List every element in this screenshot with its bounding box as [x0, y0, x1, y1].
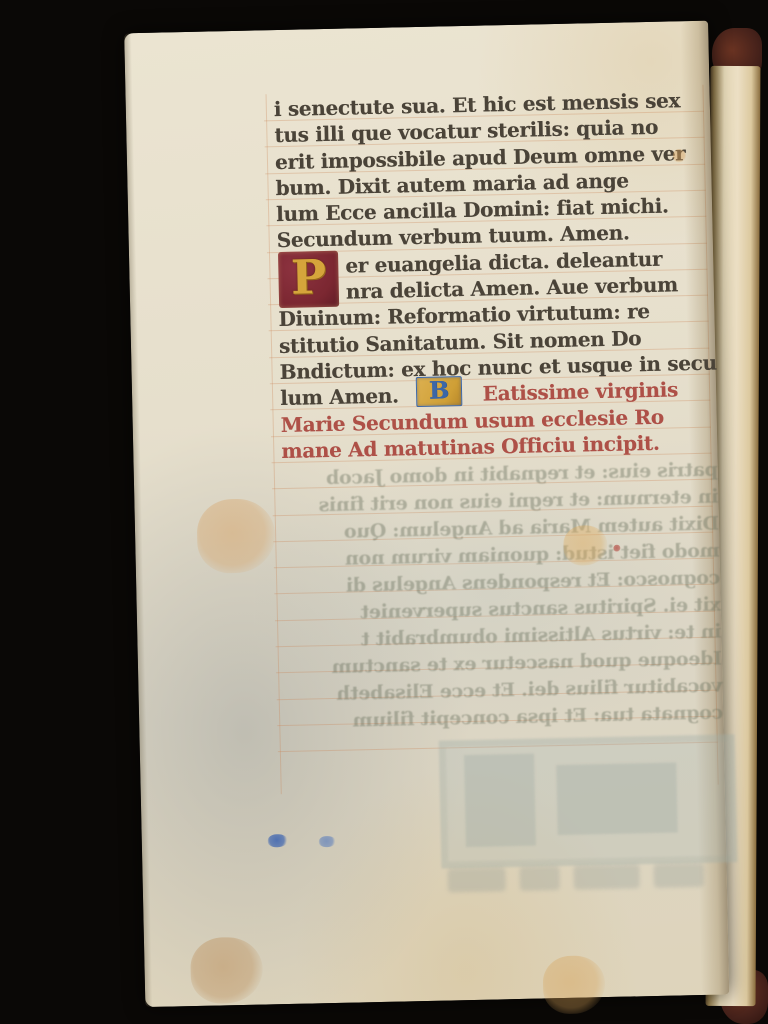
showthrough-letter-blob — [573, 864, 640, 889]
parchment-stains — [124, 21, 708, 34]
stain — [319, 836, 336, 847]
photo-backdrop: patris eius: et regnabit in domo Jacobin… — [0, 0, 768, 1024]
showthrough-shape — [464, 754, 536, 848]
stain — [268, 834, 288, 847]
showthrough-letter-blob — [447, 867, 506, 892]
recto-text-block: i senectute sua. Et hic est mensis sextu… — [274, 86, 724, 464]
illuminated-initial-p: P — [278, 251, 339, 308]
showthrough-letter-blob — [653, 863, 704, 888]
verso-showthrough-text: patris eius: et regnabit in domo Jacobin… — [258, 457, 724, 737]
showthrough-caption-band — [447, 862, 747, 893]
rubric-text: Eatissime virginis — [482, 378, 678, 406]
showthrough-shape — [556, 762, 677, 835]
manuscript-page: patris eius: et regnabit in domo Jacobin… — [124, 21, 729, 1008]
decorated-initial-b: B — [416, 376, 463, 407]
stain — [542, 955, 605, 1014]
miniature-showthrough — [439, 734, 738, 868]
ink-text: lum Amen. — [280, 384, 399, 411]
stain — [190, 937, 263, 1005]
showthrough-letter-blob — [519, 866, 560, 891]
ruling-grid — [124, 21, 708, 34]
